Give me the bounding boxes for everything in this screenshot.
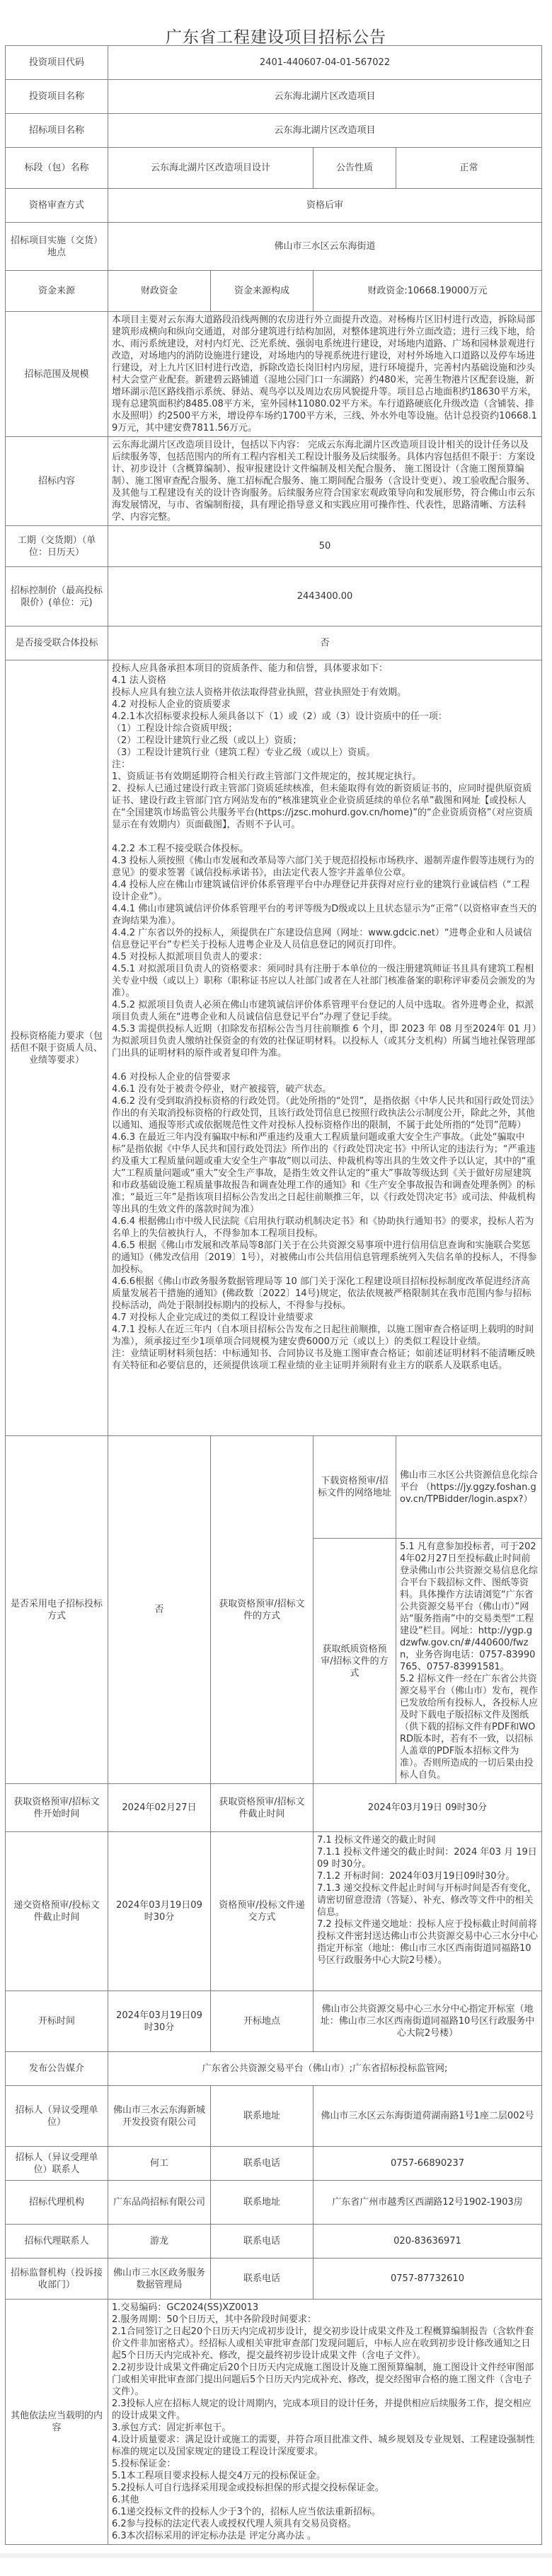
content-value: 云东海北湖片区改造项目设计，包括以下内容： 完成云东海北湖片区改造项目设计相关的… <box>108 437 542 526</box>
tender-project-name-label: 招标项目名称 <box>6 114 108 148</box>
funding-composition-label: 资金来源构成 <box>211 271 314 312</box>
tenderer-phone-value: 0757-66890237 <box>314 2147 542 2181</box>
funding-composition-value: 财政资金:10668.19000万元 <box>314 271 542 312</box>
row-control-price: 招标控制价（最高投标限价）(单位：元) 2443400.00 <box>6 567 542 626</box>
agency-contact-label: 招标代理联系人 <box>6 2225 108 2259</box>
investment-code-value: 2401-440607-04-01-567022 <box>108 46 542 80</box>
submission-deadline-label: 递交资格预审/投标文件截止时间 <box>6 1832 108 1991</box>
consortium-label: 是否接受联合体投标 <box>6 626 108 660</box>
opening-place-label: 开标地点 <box>211 1991 314 2052</box>
supervisor-phone-label: 联系电话 <box>211 2259 314 2300</box>
notice-nature-value: 正常 <box>396 148 542 189</box>
row-section-name: 标段（包）名称 云东海北湖片区改造项目设计 公告性质 正常 <box>6 148 542 189</box>
scope-value: 本项目主要对云东海大道路段沿线两侧的农房进行外立面提升改造。对杨梅片区旧村进行改… <box>108 312 542 437</box>
submission-method-value: 7.1 投标文件递交的截止时间 7.1.1 投标文件递交的截止时间：2024 年… <box>314 1832 542 1991</box>
tenderer-value: 佛山市三水云东海新城开发投资有限公司 <box>108 2086 211 2147</box>
download-url-value[interactable]: 佛山市三水区公共资源信息化综合平台 （https://jy.ggzy.fosha… <box>396 1436 542 1539</box>
supervisor-label: 招标监督机构（投诉接收部门） <box>6 2259 108 2300</box>
qualification-review-label: 资格审查方式 <box>6 189 108 223</box>
control-price-value: 2443400.00 <box>108 567 542 626</box>
location-label: 招标项目实施（交货）地点 <box>6 223 108 271</box>
agency-address-value: 广东省广州市越秀区西湖路12号1902-1903房 <box>314 2181 542 2225</box>
supervisor-phone-value: 0757-87732610 <box>314 2259 542 2300</box>
download-url-label: 下载资格预审/招标文件的网络地址 <box>314 1436 396 1539</box>
row-qualification-requirements: 投标资格能力要求（包括但不限于资质人员、业绩等要求） 投标人应具备承担本项目的资… <box>6 660 542 1436</box>
opening-time-label: 开标时间 <box>6 1991 108 2052</box>
row-other: 其他依法应当载明的内容 1.交易编码：GC2024(SS)XZ0013 2.服务… <box>6 2300 542 2545</box>
row-location: 招标项目实施（交货）地点 佛山市三水区云东海街道 <box>6 223 542 271</box>
submission-method-label: 资格预审/投标文件递交方式 <box>211 1832 314 1991</box>
paper-doc-value: 5.1 凡有意参加投标者，可于2024年02月27日至投标截止时间前登录佛山市公… <box>396 1539 542 1784</box>
qualification-requirements-label: 投标资格能力要求（包括但不限于资质人员、业绩等要求） <box>6 660 108 1436</box>
notice-nature-label: 公告性质 <box>314 148 396 189</box>
tenderer-contact-value: 何工 <box>108 2147 211 2181</box>
funding-value: 财政资金 <box>108 271 211 312</box>
opening-time-value: 2024年03月19日09时30分 <box>108 1991 211 2052</box>
electronic-bidding-label: 是否采用电子招标投标方式 <box>6 1436 108 1784</box>
qualification-review-value: 资格后审 <box>108 189 542 223</box>
row-duration: 工期（交货期）（单位：日历天） 50 <box>6 526 542 567</box>
doc-method-label: 获取资格预审/招标文件的方式 <box>211 1436 314 1784</box>
section-name-value: 云东海北湖片区改造项目设计 <box>108 148 314 189</box>
submission-deadline-value: 2024年03月19日09时30分 <box>108 1832 211 1991</box>
media-value: 广东省公共资源交易平台（佛山市）;广东省招标投标监管网; <box>108 2052 542 2086</box>
doc-end-label: 获取资格预审/招标文件截止时间 <box>211 1784 314 1832</box>
agency-phone-value: 020-83636971 <box>314 2225 542 2259</box>
tenderer-address-value: 佛山市三水区云东海街道荷湖南路1号1座二层002号 <box>314 2086 542 2147</box>
tenderer-phone-label: 联系电话 <box>211 2147 314 2181</box>
duration-label: 工期（交货期）（单位：日历天） <box>6 526 108 567</box>
agency-value: 广东品尚招标有限公司 <box>108 2181 211 2225</box>
section-name-label: 标段（包）名称 <box>6 148 108 189</box>
opening-place-value: 佛山市公共资源交易中心三水分中心指定开标室（地址：佛山市三水区西南街道同福路10… <box>314 1991 542 2052</box>
tenderer-label: 招标人（异议受理单位） <box>6 2086 108 2147</box>
paper-doc-label: 获取纸质资格预审/招标文件的方式 <box>314 1539 396 1784</box>
tenderer-address-label: 联系地址 <box>211 2086 314 2147</box>
investment-name-label: 投资项目名称 <box>6 80 108 114</box>
doc-start-value: 2024年02月27日 <box>108 1784 211 1832</box>
agency-contact-value: 游龙 <box>108 2225 211 2259</box>
duration-value: 50 <box>108 526 542 567</box>
notice-page: 广东省工程建设项目招标公告 投资项目代码 2401-440607-04-01-5… <box>0 0 552 2576</box>
control-price-label: 招标控制价（最高投标限价）(单位：元) <box>6 567 108 626</box>
agency-phone-label: 联系电话 <box>211 2225 314 2259</box>
investment-code-label: 投资项目代码 <box>6 46 108 80</box>
agency-label: 招标代理机构 <box>6 2181 108 2225</box>
media-label: 发布公告媒介 <box>6 2052 108 2086</box>
tender-notice-table: 投资项目代码 2401-440607-04-01-567022 投资项目名称 云… <box>5 45 542 2545</box>
doc-start-label: 获取资格预审/招标文件开始时间 <box>6 1784 108 1832</box>
investment-name-value: 云东海北湖片区改造项目 <box>108 80 542 114</box>
page-title: 广东省工程建设项目招标公告 <box>0 0 552 45</box>
row-media: 发布公告媒介 广东省公共资源交易平台（佛山市）;广东省招标投标监管网; <box>6 2052 542 2086</box>
row-funding: 资金来源 财政资金 资金来源构成 财政资金:10668.19000万元 <box>6 271 542 312</box>
page-bottom-bar <box>0 2553 552 2558</box>
row-tenderer: 招标人（异议受理单位） 佛山市三水云东海新城开发投资有限公司 联系地址 佛山市三… <box>6 2086 542 2147</box>
row-scope: 招标范围及规模 本项目主要对云东海大道路段沿线两侧的农房进行外立面提升改造。对杨… <box>6 312 542 437</box>
content-label: 招标内容 <box>6 437 108 526</box>
qualification-requirements-value: 投标人应具备承担本项目的资质条件、能力和信誉，具体要求如下： 4.1 法人资格 … <box>108 660 542 1436</box>
doc-end-value: 2024年03月19日 09时30分 <box>314 1784 542 1832</box>
row-electronic-bidding: 是否采用电子招标投标方式 否 获取资格预审/招标文件的方式 下载资格预审/招标文… <box>6 1436 542 1539</box>
row-qualification-review: 资格审查方式 资格后审 <box>6 189 542 223</box>
row-submission: 递交资格预审/投标文件截止时间 2024年03月19日09时30分 资格预审/投… <box>6 1832 542 1991</box>
other-value: 1.交易编码：GC2024(SS)XZ0013 2.服务周期：50个日历天，其中… <box>108 2300 542 2545</box>
row-supervisor: 招标监督机构（投诉接收部门） 佛山市三水区政务服务数据管理局 联系电话 0757… <box>6 2259 542 2300</box>
row-investment-name: 投资项目名称 云东海北湖片区改造项目 <box>6 80 542 114</box>
funding-label: 资金来源 <box>6 271 108 312</box>
other-label: 其他依法应当载明的内容 <box>6 2300 108 2545</box>
consortium-value: 否 <box>108 626 542 660</box>
row-agency: 招标代理机构 广东品尚招标有限公司 联系地址 广东省广州市越秀区西湖路12号19… <box>6 2181 542 2225</box>
row-investment-code: 投资项目代码 2401-440607-04-01-567022 <box>6 46 542 80</box>
row-consortium: 是否接受联合体投标 否 <box>6 626 542 660</box>
row-opening: 开标时间 2024年03月19日09时30分 开标地点 佛山市公共资源交易中心三… <box>6 1991 542 2052</box>
row-content: 招标内容 云东海北湖片区改造项目设计，包括以下内容： 完成云东海北湖片区改造项目… <box>6 437 542 526</box>
row-doc-period: 获取资格预审/招标文件开始时间 2024年02月27日 获取资格预审/招标文件截… <box>6 1784 542 1832</box>
electronic-bidding-value: 否 <box>108 1436 211 1784</box>
row-tender-project-name: 招标项目名称 云东海北湖片区改造项目 <box>6 114 542 148</box>
agency-address-label: 联系地址 <box>211 2181 314 2225</box>
tenderer-contact-label: 招标人（异议受理单位）联系人 <box>6 2147 108 2181</box>
location-value: 佛山市三水区云东海街道 <box>108 223 542 271</box>
row-tenderer-contact: 招标人（异议受理单位）联系人 何工 联系电话 0757-66890237 <box>6 2147 542 2181</box>
row-agency-contact: 招标代理联系人 游龙 联系电话 020-83636971 <box>6 2225 542 2259</box>
supervisor-value: 佛山市三水区政务服务数据管理局 <box>108 2259 211 2300</box>
tender-project-name-value: 云东海北湖片区改造项目 <box>108 114 542 148</box>
scope-label: 招标范围及规模 <box>6 312 108 437</box>
